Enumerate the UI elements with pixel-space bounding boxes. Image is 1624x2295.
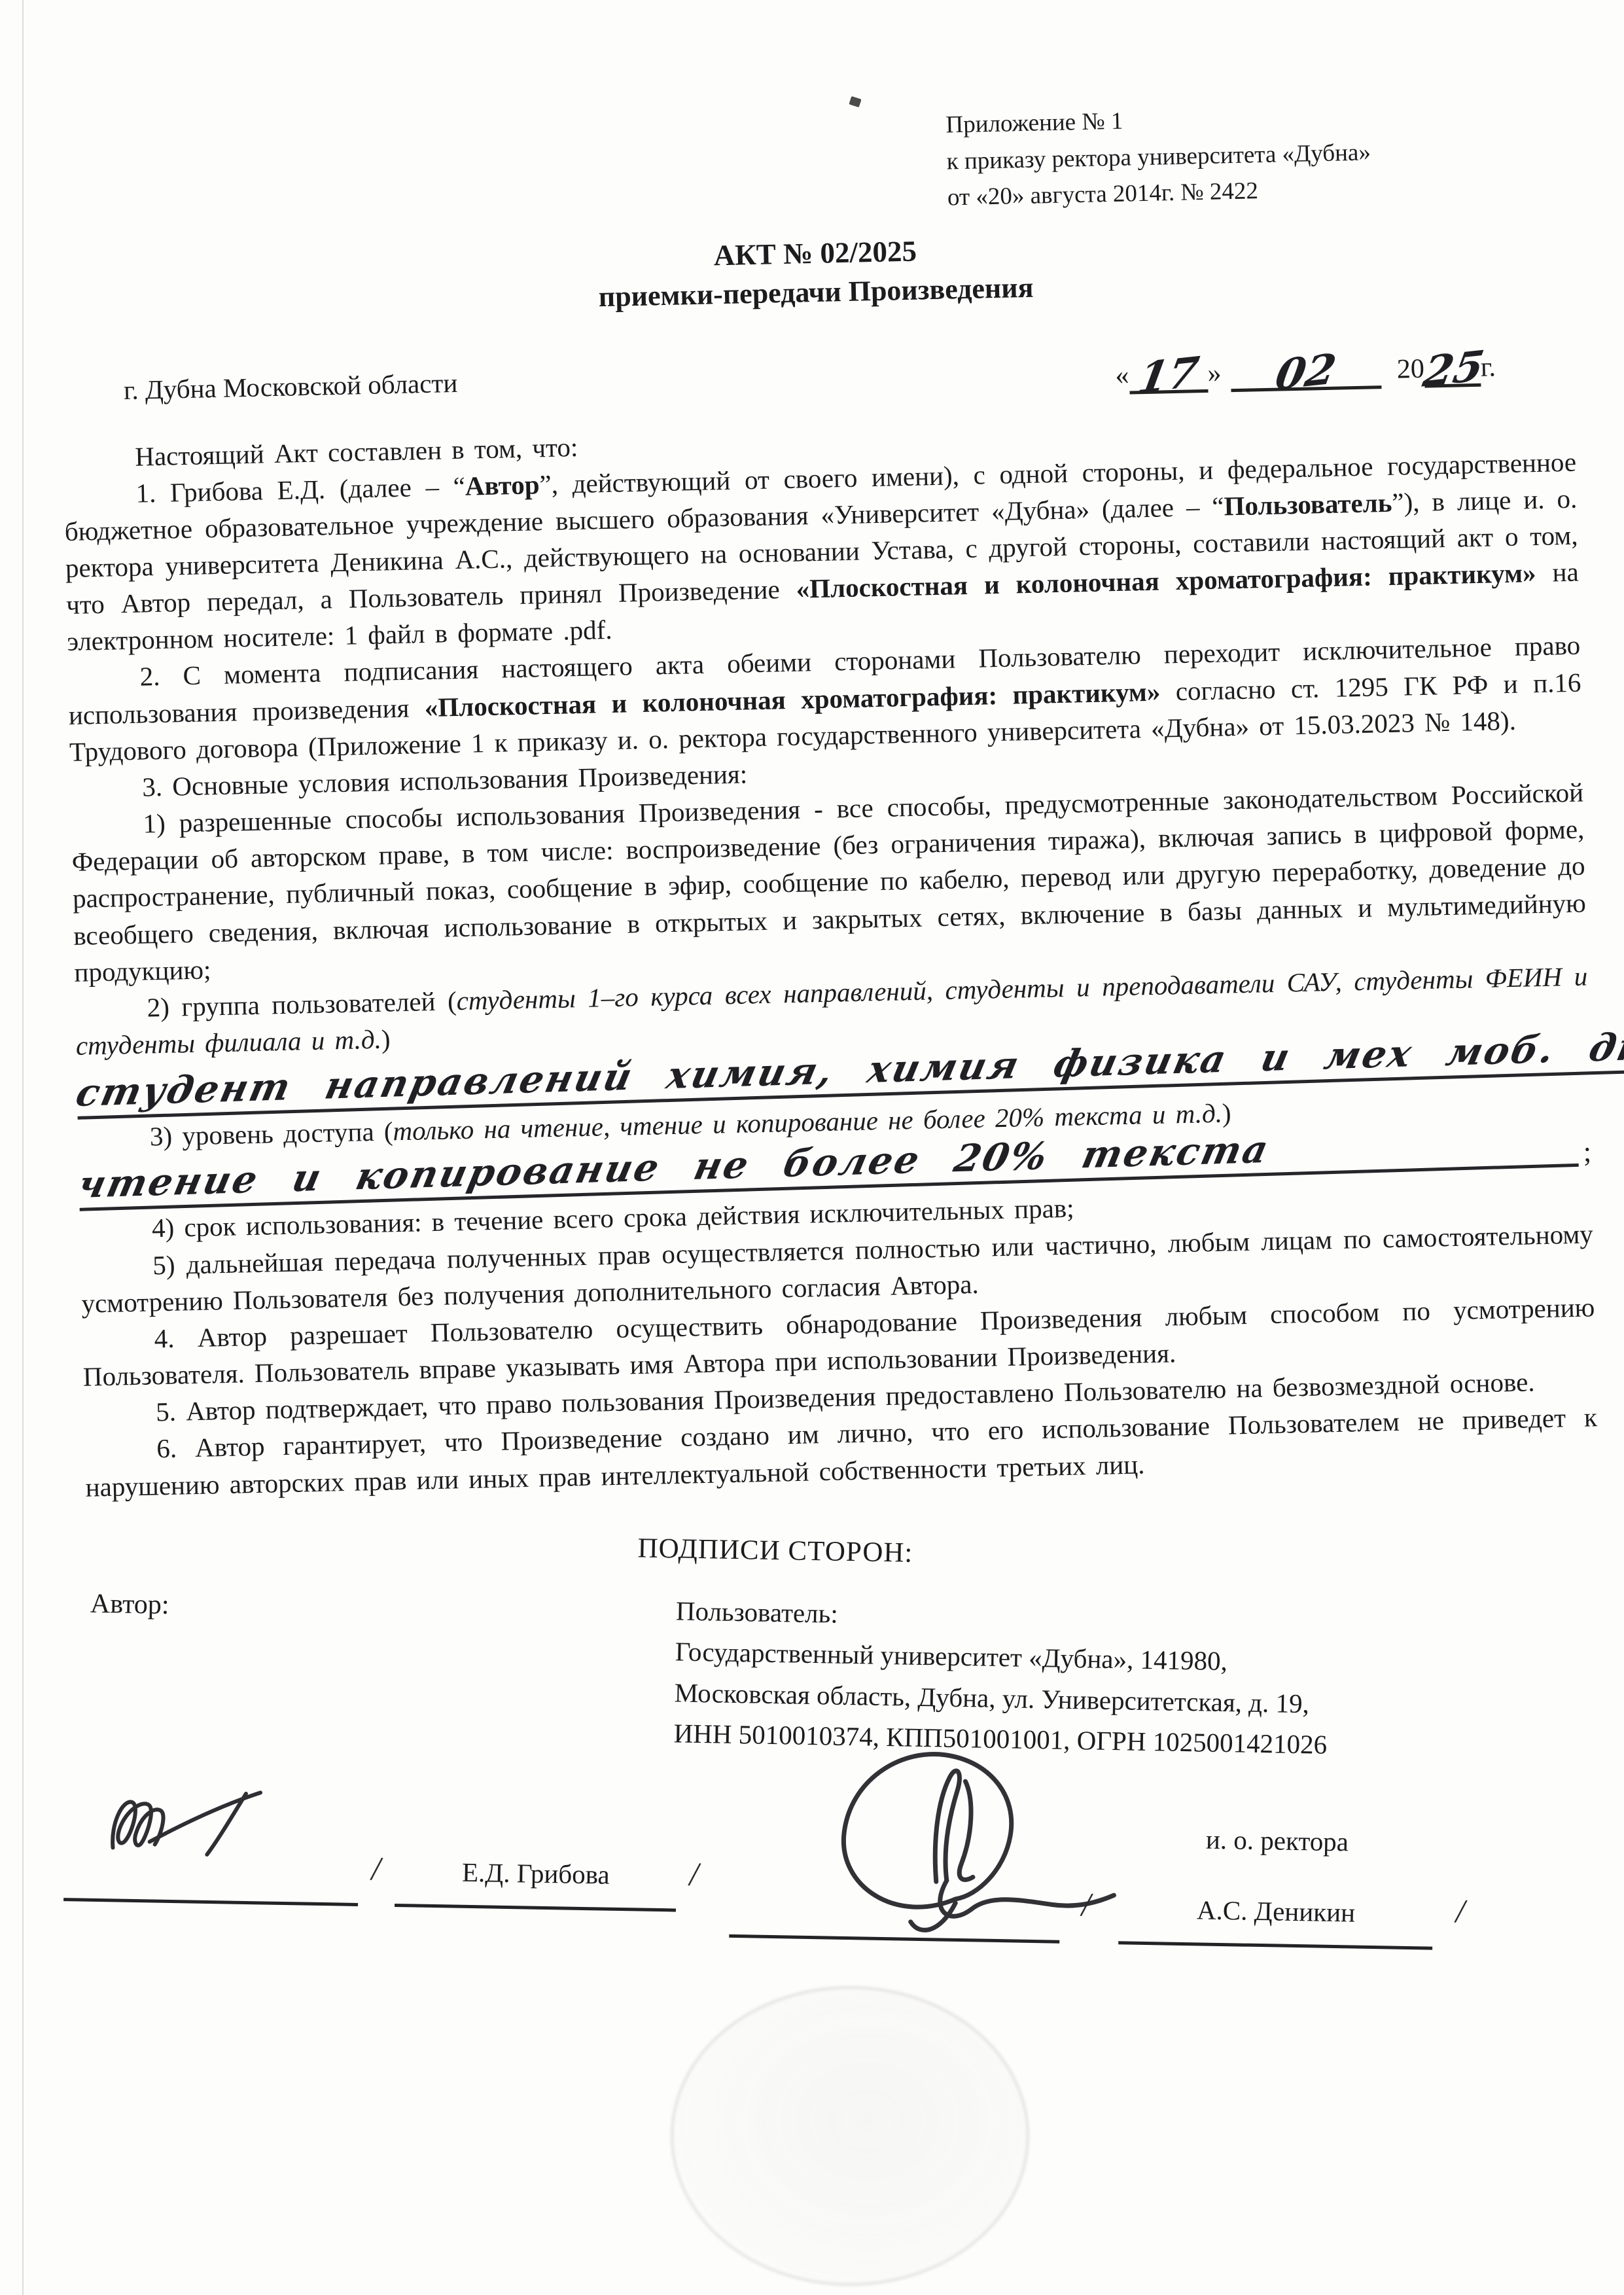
place-date-row: г. Дубна Московской области «17»02 2025г… bbox=[61, 339, 1574, 406]
date-day-blank: 17 bbox=[1129, 357, 1208, 394]
item-3-text: 3) уровень доступа ( bbox=[149, 1116, 393, 1151]
annex-reference-block: Приложение № 1 к приказу ректора универс… bbox=[945, 94, 1570, 216]
date-month-blank: 02 bbox=[1230, 354, 1381, 392]
handwritten-month: 02 bbox=[1276, 369, 1335, 376]
clause-1: 1. Грибова Е.Д. (далее – “Автор”, действ… bbox=[63, 443, 1580, 660]
signatures-section: ПОДПИСИ СТОРОН: Автор: Пользователь: Гос… bbox=[47, 1521, 1568, 2058]
scan-artifact bbox=[849, 96, 861, 107]
date-close-quote: » bbox=[1207, 358, 1222, 388]
clause-3-item-1: 1) разрешенные способы использования Про… bbox=[71, 774, 1587, 991]
faint-stamp bbox=[671, 1986, 1029, 2286]
rector-name: А.С. Деникин bbox=[1197, 1895, 1356, 1927]
handwritten-day: 17 bbox=[1139, 372, 1198, 379]
item-2-text: 2) группа пользователей ( bbox=[147, 986, 457, 1022]
date-century: 20 bbox=[1396, 353, 1424, 384]
term-author: Автор bbox=[465, 469, 540, 501]
separator-slash: / bbox=[1453, 1890, 1469, 1932]
date-open-quote: « bbox=[1115, 360, 1129, 390]
author-label: Автор: bbox=[90, 1588, 169, 1620]
scan-edge-shadow bbox=[22, 0, 24, 2295]
signatures-heading: ПОДПИСИ СТОРОН: bbox=[637, 1532, 913, 1569]
rector-title: и. о. ректора bbox=[1136, 1819, 1418, 1862]
date-year-blank: 25 bbox=[1424, 351, 1481, 387]
place-city: г. Дубна Московской области bbox=[124, 366, 458, 405]
item-2-text: ) bbox=[381, 1023, 391, 1054]
line-end-semicolon: ; bbox=[1578, 1133, 1592, 1173]
rector-name-line: А.С. Деникин bbox=[1118, 1893, 1433, 1949]
separator-slash: / bbox=[686, 1853, 703, 1895]
separator-slash: / bbox=[368, 1847, 385, 1889]
item-3-text: ) bbox=[1222, 1097, 1231, 1128]
author-name-line: Е.Д. Грибова bbox=[395, 1855, 677, 1912]
author-signature-line bbox=[63, 1849, 359, 1906]
document-page: Приложение № 1 к приказу ректора универс… bbox=[56, 110, 1568, 2046]
rector-signature-line bbox=[729, 1886, 1060, 1944]
document-body: Приложение № 1 к приказу ректора универс… bbox=[56, 94, 1598, 1506]
author-name: Е.Д. Грибова bbox=[462, 1857, 610, 1889]
term-user: Пользователь bbox=[1224, 488, 1392, 522]
handwritten-year: 25 bbox=[1424, 366, 1483, 372]
date-field: «17»02 2025г. bbox=[1115, 351, 1496, 395]
clause-1-text: 1. Грибова Е.Д. (далее – “ bbox=[135, 471, 465, 508]
